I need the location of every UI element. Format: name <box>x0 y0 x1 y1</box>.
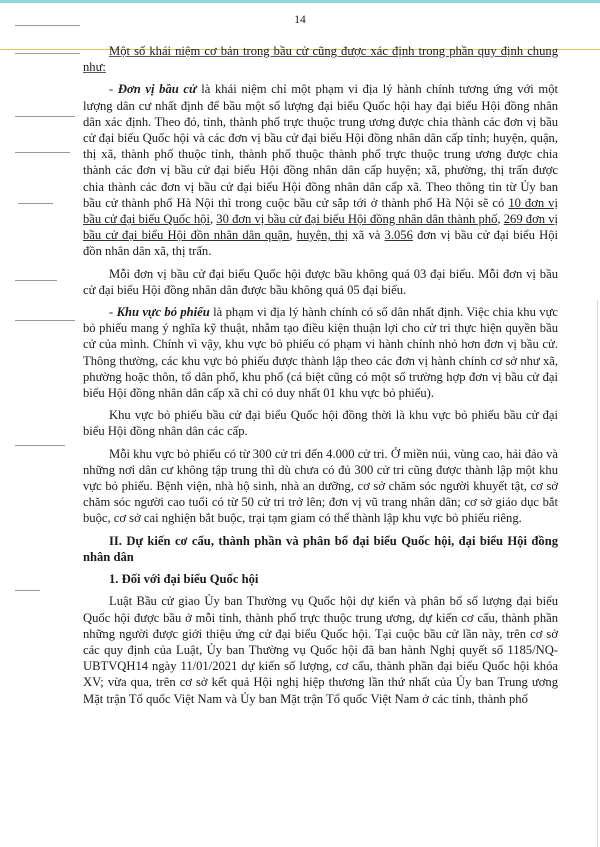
underlined-figure: huyện, thị <box>297 228 348 242</box>
paragraph-national-assembly: Luật Bầu cử giao Ủy ban Thường vụ Quốc h… <box>83 593 558 706</box>
margin-mark <box>15 590 40 591</box>
paragraph-text: là phạm vi địa lý hành chính có số dân n… <box>83 305 558 400</box>
top-border-line <box>0 0 600 3</box>
page-edge-line <box>597 300 598 847</box>
paragraph-delegate-limit: Mỗi đơn vị bầu cử đại biểu Quốc hội được… <box>83 266 558 298</box>
margin-mark <box>15 445 65 446</box>
margin-mark <box>15 152 70 153</box>
underlined-figure: 30 đơn vị bầu cử đại biểu Hội đồng nhân … <box>216 212 497 226</box>
section-heading: II. Dự kiến cơ cấu, thành phần và phân b… <box>83 533 558 565</box>
separator: , <box>289 228 296 242</box>
paragraph-text: xã và <box>348 228 384 242</box>
paragraph-voter-count: Mỗi khu vực bỏ phiếu có từ 300 cử tri đế… <box>83 446 558 527</box>
term-electoral-unit: Đơn vị bầu cử <box>118 82 197 96</box>
margin-mark <box>15 116 75 117</box>
margin-mark <box>15 320 75 321</box>
document-body: Một số khái niệm cơ bản trong bầu cử cũn… <box>83 43 558 713</box>
paragraph-electoral-unit: - Đơn vị bầu cử là khái niệm chỉ một phạ… <box>83 81 558 259</box>
paragraph-intro: Một số khái niệm cơ bản trong bầu cử cũn… <box>83 43 558 75</box>
subsection-heading: 1. Đối với đại biểu Quốc hội <box>83 571 558 587</box>
page-number: 14 <box>0 14 600 26</box>
margin-mark <box>15 53 80 54</box>
dash-prefix: - <box>109 82 118 96</box>
paragraph-text: Một số khái niệm cơ bản trong bầu cử cũn… <box>83 44 558 74</box>
underlined-figure: 3.056 <box>385 228 413 242</box>
paragraph-polling-area: - Khu vực bỏ phiếu là phạm vi địa lý hàn… <box>83 304 558 401</box>
term-polling-area: Khu vực bỏ phiếu <box>117 305 210 319</box>
dash-prefix: - <box>109 305 117 319</box>
paragraph-text: là khái niệm chỉ một phạm vi địa lý hành… <box>83 82 558 209</box>
paragraph-polling-shared: Khu vực bỏ phiếu bầu cử đại biểu Quốc hộ… <box>83 407 558 439</box>
margin-mark <box>15 280 57 281</box>
margin-mark <box>18 203 53 204</box>
